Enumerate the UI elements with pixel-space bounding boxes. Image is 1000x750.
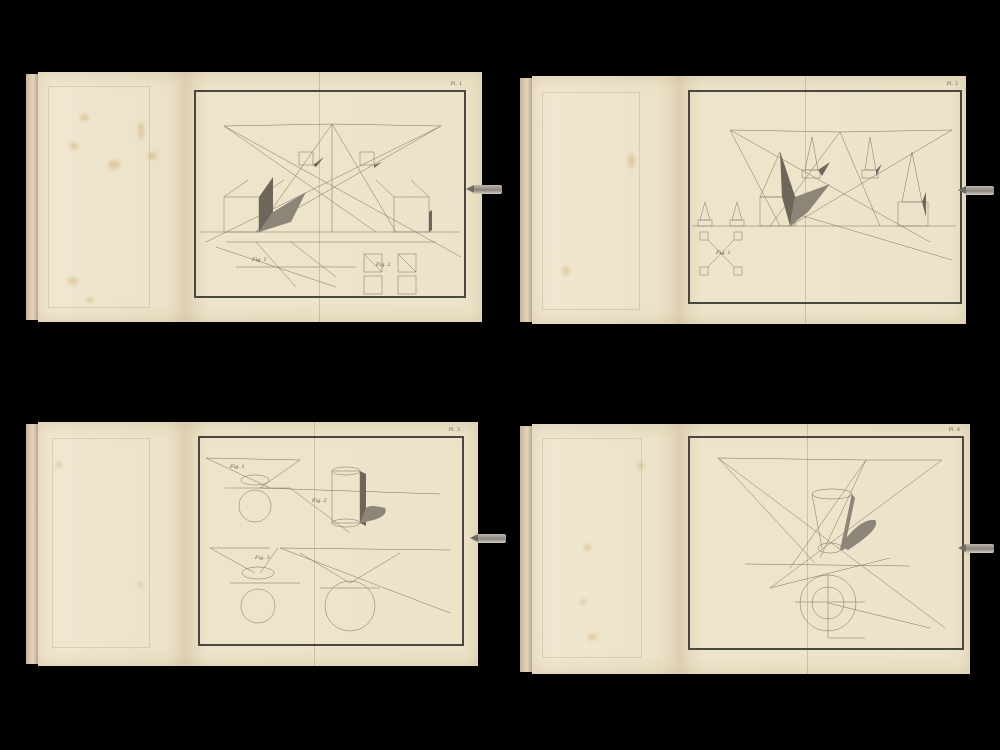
page-margin-frame (48, 86, 150, 308)
plate-number: Pl. 2 (947, 81, 958, 87)
engraved-plate: Pl. 1 (194, 90, 466, 298)
perspective-diagram-pyramids (690, 92, 960, 302)
blank-left-page (38, 422, 188, 666)
book-photo-top-left: Pl. 1 (26, 72, 486, 324)
figure-label: Fig. 1 (230, 464, 245, 470)
book-photo-top-right: Pl. 2 (520, 76, 990, 326)
plate-number: Pl. 1 (451, 81, 462, 87)
book-spine (520, 78, 532, 322)
figure-label: Fig. 2 (376, 262, 391, 268)
book-spine (520, 426, 532, 672)
page-margin-frame (542, 92, 640, 310)
page-margin-frame (542, 438, 642, 658)
engraved-plate: Pl. 3 (198, 436, 464, 646)
bookmark-pointer-tab (478, 534, 506, 543)
blank-left-page (532, 424, 682, 674)
plate-page: Pl. 1 (186, 72, 482, 322)
blank-left-page (532, 76, 682, 324)
plate-page: Pl. 2 (680, 76, 966, 324)
figure-label: Fig. 2 (312, 498, 327, 504)
book-photo-bottom-right: Pl. 4 (520, 424, 990, 676)
bookmark-pointer-tab (966, 186, 994, 195)
plate-number: Pl. 4 (949, 427, 960, 433)
figure-label: Fig. 1 (716, 250, 731, 256)
bookmark-pointer-tab (966, 544, 994, 553)
engraved-plate: Pl. 4 (688, 436, 964, 650)
plate-page: Pl. 3 (186, 422, 478, 666)
engraved-plate: Pl. 2 (688, 90, 962, 304)
blank-left-page (38, 72, 188, 322)
figure-label: Fig. 1 (252, 257, 267, 263)
plate-page: Pl. 4 (680, 424, 970, 674)
book-spine (26, 424, 38, 664)
book-spine (26, 74, 38, 320)
page-margin-frame (52, 438, 150, 648)
bookmark-pointer-tab (474, 185, 502, 194)
book-photo-bottom-left: Pl. 3 (26, 422, 488, 668)
plate-number: Pl. 3 (449, 427, 460, 433)
perspective-diagram-cubes (196, 92, 464, 296)
perspective-diagram-inclined-cylinder (690, 438, 962, 648)
figure-label: Fig. 3 (255, 555, 270, 561)
